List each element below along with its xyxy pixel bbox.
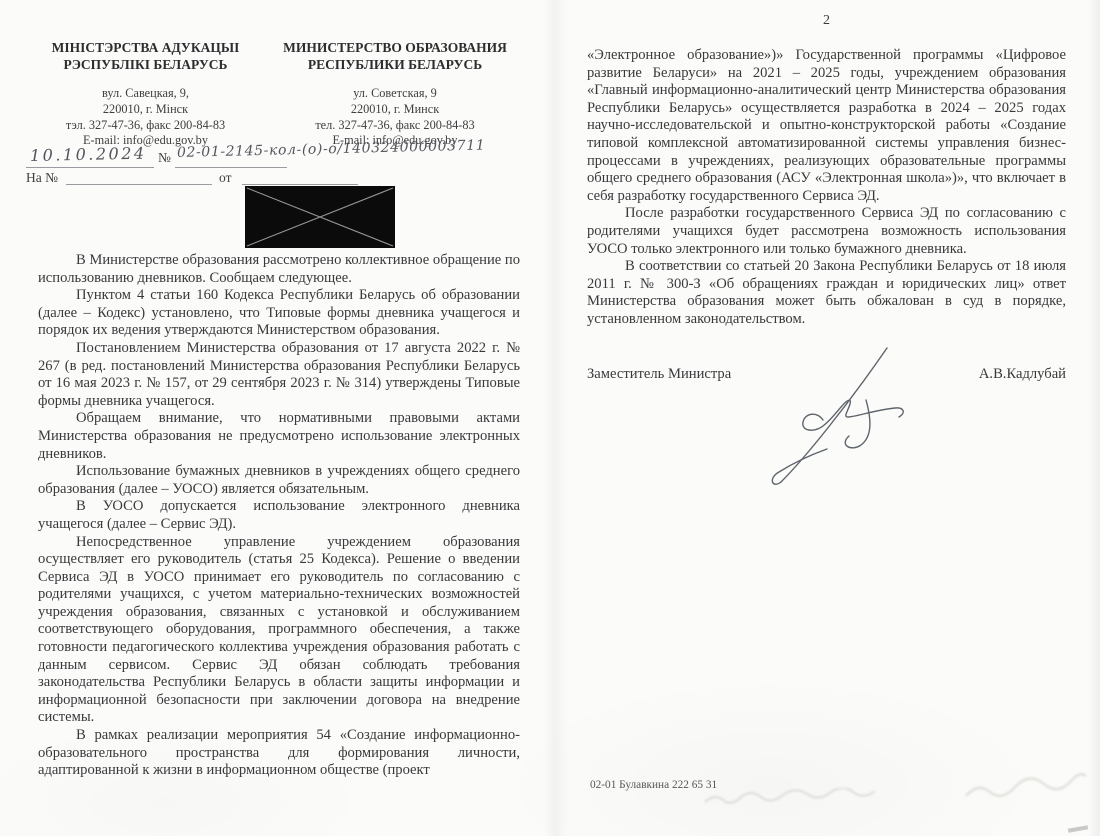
bleed-through (960, 772, 1090, 806)
address-line: 220010, г. Мінск (28, 102, 263, 118)
body-paragraph: Пунктом 4 статьи 160 Кодекса Республики … (38, 287, 520, 340)
number-rule (175, 167, 287, 168)
bleed-through (700, 788, 890, 810)
ot-rule (242, 184, 358, 185)
address-line: тэл. 327-47-36, факс 200-84-83 (28, 118, 263, 134)
body-paragraph: Обращаем внимание, что нормативными прав… (38, 410, 520, 463)
body-paragraph: «Электронное образование»)» Государствен… (587, 47, 1066, 205)
body-paragraph: В соответствии со статьей 20 Закона Респ… (587, 258, 1066, 328)
footer-reference: 02-01 Булавкина 222 65 31 (590, 779, 717, 791)
page-number: 2 (587, 13, 1066, 29)
body-paragraph: Использование бумажных дневников в учреж… (38, 463, 520, 498)
na-number-label: На № (26, 170, 58, 186)
scanned-letter: МІНІСТЭРСТВА АДУКАЦЫІ РЭСПУБЛІКІ БЕЛАРУС… (0, 0, 1100, 836)
letterhead-title-line: МІНІСТЭРСТВА АДУКАЦЫІ (28, 40, 263, 57)
page-seam (544, 0, 568, 836)
redaction-x-icon (245, 186, 395, 248)
letterhead-title-by: МІНІСТЭРСТВА АДУКАЦЫІ РЭСПУБЛІКІ БЕЛАРУС… (28, 40, 263, 73)
letterhead-title-line: РЕСПУБЛИКИ БЕЛАРУСЬ (270, 57, 520, 74)
letterhead-address-by: вул. Савецкая, 9, 220010, г. Мінск тэл. … (28, 86, 263, 149)
signoff-name: А.В.Кадлубай (979, 366, 1066, 383)
ot-label: от (219, 170, 231, 186)
body-paragraph: Непосредственное управление учреждением … (38, 534, 520, 728)
right-page-body: «Электронное образование»)» Государствен… (587, 47, 1066, 329)
body-paragraph: В рамках реализации мероприятия 54 «Созд… (38, 727, 520, 780)
left-page-body: В Министерстве образования рассмотрено к… (38, 252, 520, 780)
date-rule (26, 167, 154, 168)
signature-stroke-icon (765, 336, 960, 491)
address-line: вул. Савецкая, 9, (28, 86, 263, 102)
bleed-squiggle-icon (700, 788, 890, 810)
signoff-position: Заместитель Министра (587, 366, 731, 383)
address-line: 220010, г. Минск (270, 102, 520, 118)
redaction-box (245, 186, 395, 248)
letterhead-title-ru: МИНИСТЕРСТВО ОБРАЗОВАНИЯ РЕСПУБЛИКИ БЕЛА… (270, 40, 520, 73)
bleed-squiggle-icon (960, 772, 1090, 806)
letterhead-title-line: РЭСПУБЛІКІ БЕЛАРУСЬ (28, 57, 263, 74)
edge-shadow (1088, 0, 1100, 836)
number-sign: № (158, 150, 171, 166)
letterhead-title-line: МИНИСТЕРСТВО ОБРАЗОВАНИЯ (270, 40, 520, 57)
na-rule (66, 184, 212, 185)
address-line: ул. Советская, 9 (270, 86, 520, 102)
body-paragraph: После разработки государственного Сервис… (587, 205, 1066, 258)
scan-artifact (1068, 825, 1088, 832)
address-line: тел. 327-47-36, факс 200-84-83 (270, 118, 520, 134)
signature-icon (765, 336, 960, 491)
body-paragraph: Постановлением Министерства образования … (38, 340, 520, 410)
letterhead-russian: МИНИСТЕРСТВО ОБРАЗОВАНИЯ РЕСПУБЛИКИ БЕЛА… (270, 40, 520, 149)
letterhead-belarusian: МІНІСТЭРСТВА АДУКАЦЫІ РЭСПУБЛІКІ БЕЛАРУС… (28, 40, 263, 149)
body-paragraph: В Министерстве образования рассмотрено к… (38, 252, 520, 287)
handwritten-date: 10.10.2024 (30, 144, 147, 165)
body-paragraph: В УОСО допускается использование электро… (38, 498, 520, 533)
